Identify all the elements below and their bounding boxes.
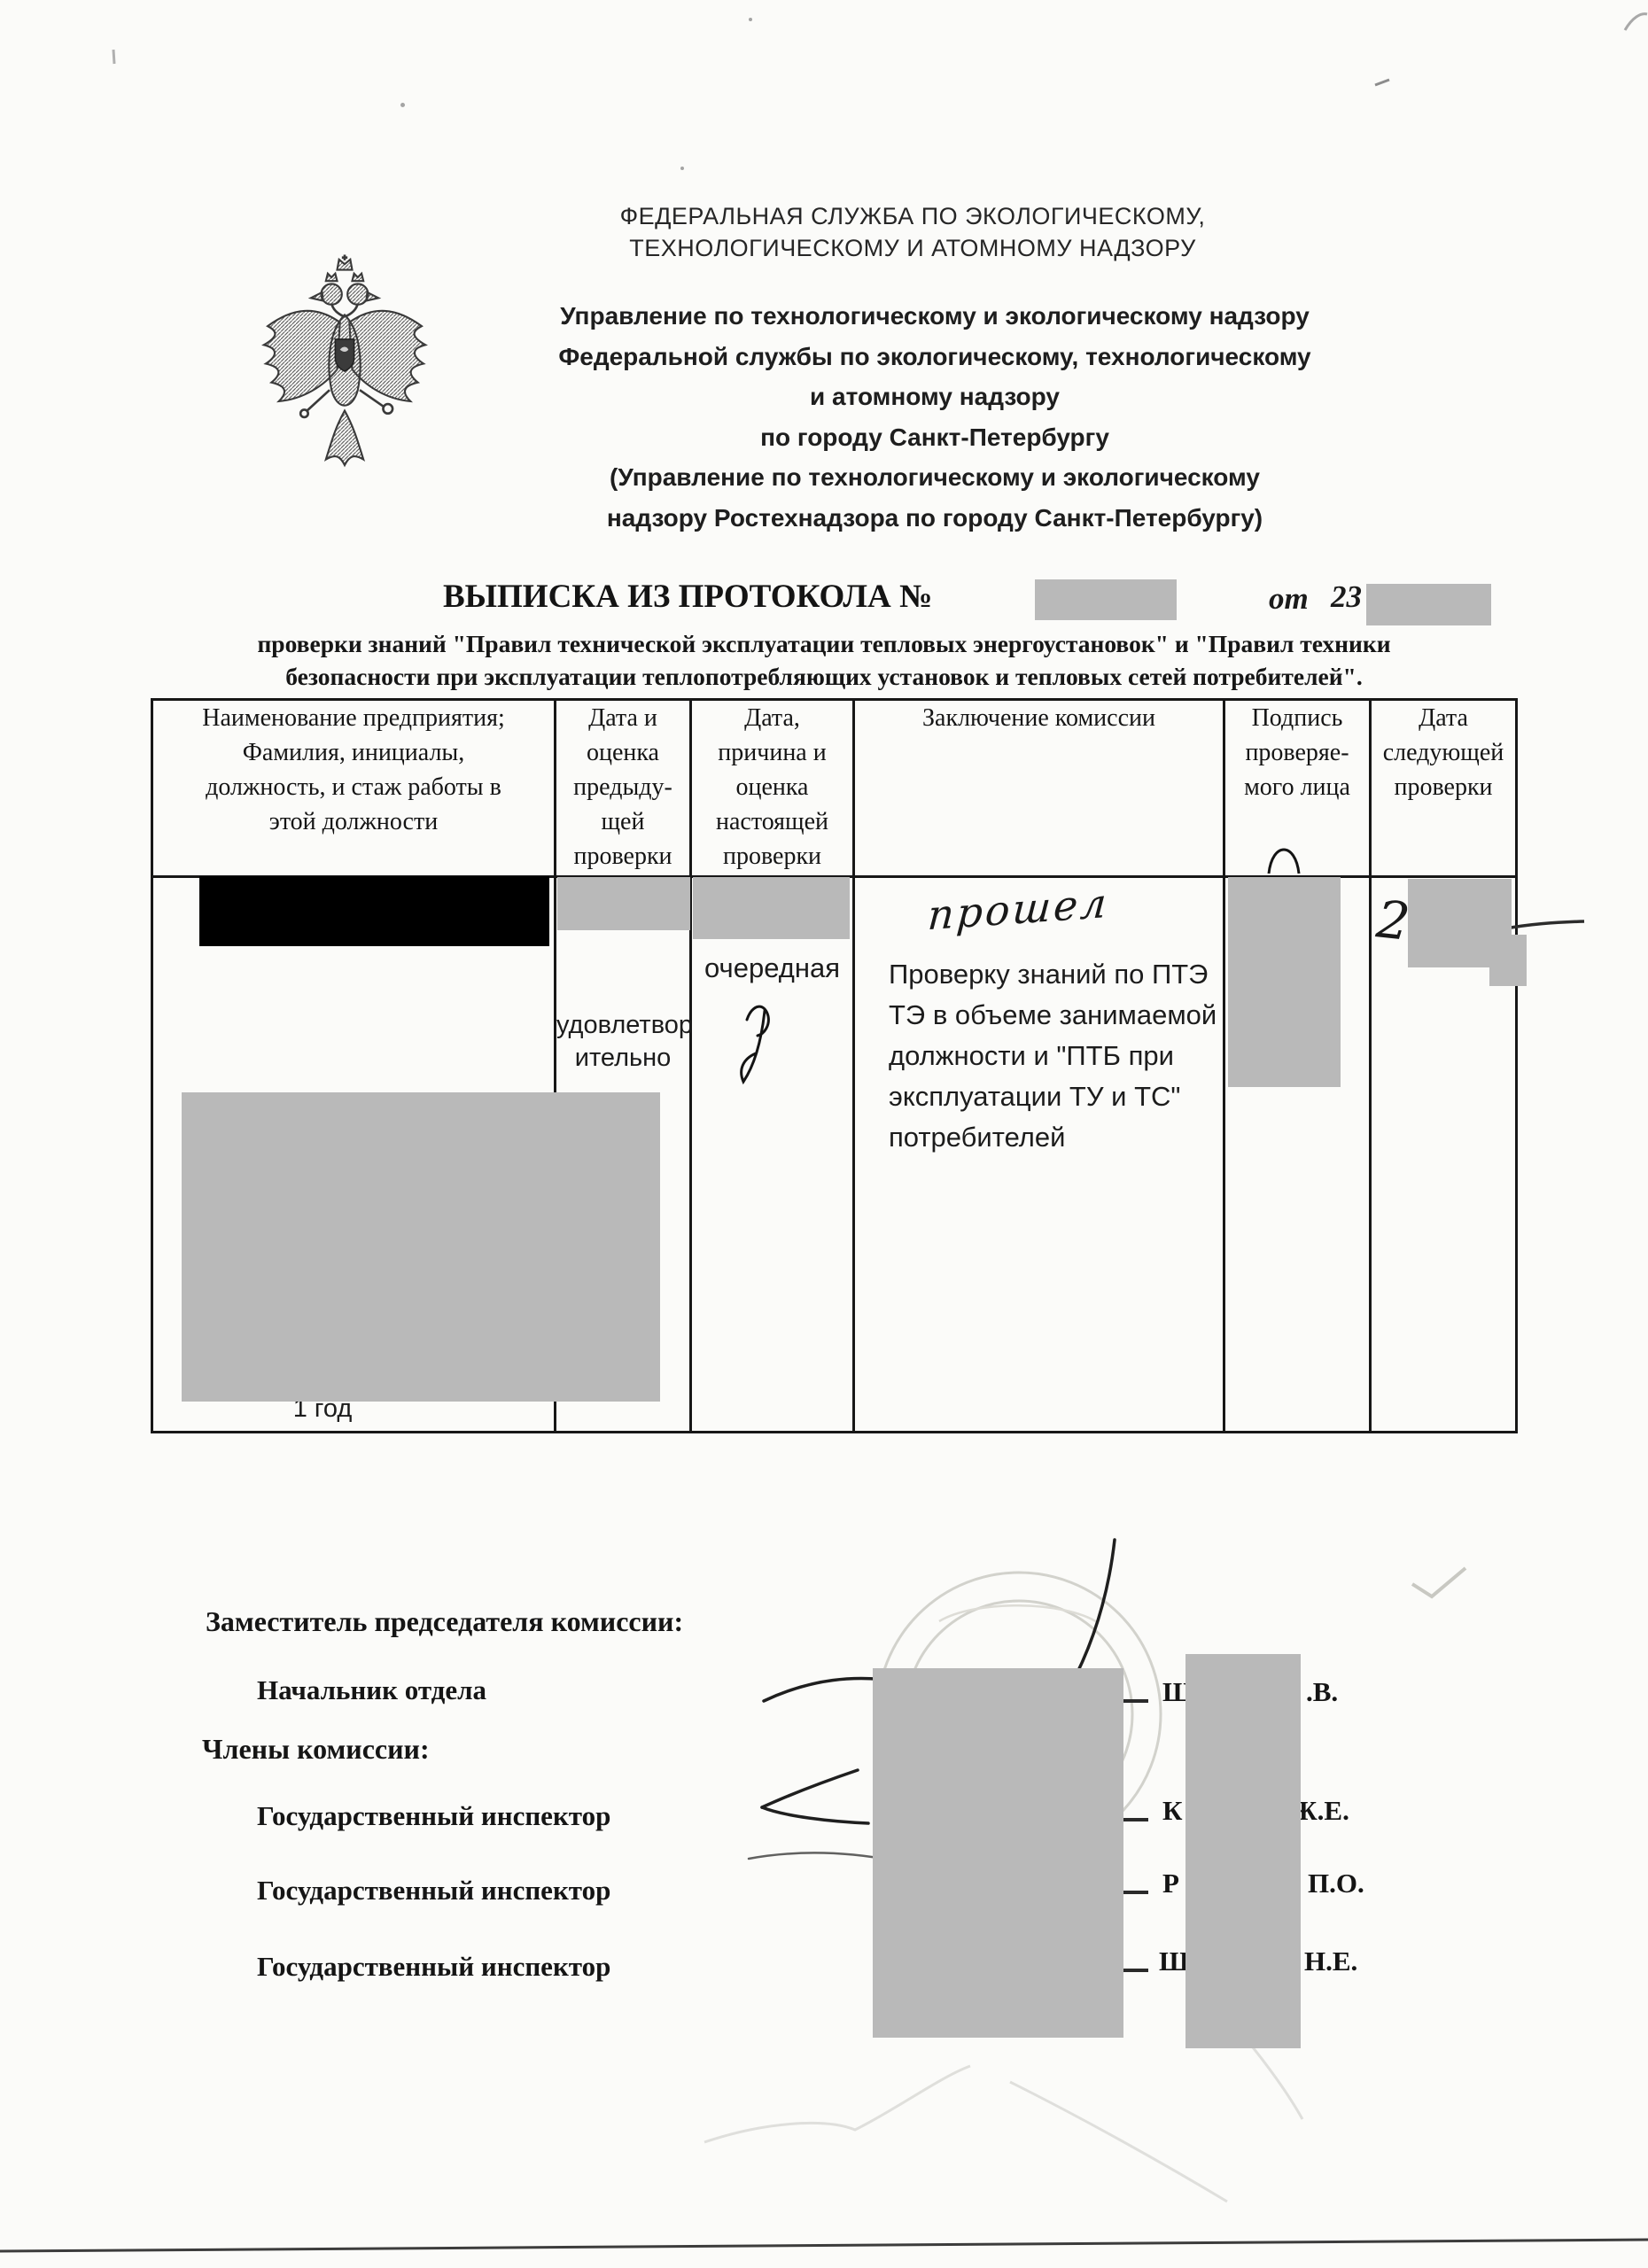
redacted-current-date (693, 877, 850, 939)
redacted-protocol-number (1035, 579, 1177, 620)
document-subtitle: проверки знаний "Правил технической эксп… (115, 627, 1533, 693)
state-inspector-label-3: Государственный инспектор (257, 1951, 610, 1983)
col-header-commission-conclusion: Заключение комиссии (854, 700, 1224, 877)
faint-pencil-notes (704, 2038, 1302, 2202)
cell-current-check: очередная (691, 877, 854, 1433)
scan-edge-line (0, 2240, 1648, 2251)
scan-speck (749, 18, 752, 21)
state-inspector-label-1: Государственный инспектор (257, 1800, 610, 1832)
redacted-signature (1228, 877, 1341, 1087)
deputy-chair-label: Заместитель председателя комиссии: (206, 1605, 683, 1638)
faint-checkmark (1412, 1568, 1465, 1596)
name-initials-3: П.О. (1308, 1868, 1364, 1899)
redacted-enterprise-name (199, 876, 549, 946)
handwritten-initial-mark (735, 995, 797, 1092)
redacted-surnames-block (1185, 1654, 1301, 2048)
redacted-previous-date (557, 877, 690, 930)
name-prefix-3: Р (1162, 1868, 1179, 1899)
name-initials-1: .В. (1306, 1676, 1338, 1708)
redacted-signatures-block (873, 1668, 1123, 2038)
name-prefix-2: К (1162, 1795, 1182, 1827)
date-from-word: от (1269, 581, 1309, 617)
col-header-signature: Подпись проверяе- мого лица (1224, 700, 1371, 877)
scanned-document-page: ФЕДЕРАЛЬНАЯ СЛУЖБА ПО ЭКОЛОГИЧЕСКОМУ, ТЕ… (0, 0, 1648, 2268)
cell-conclusion: прошел Проверку знаний по ПТЭ ТЭ в объем… (854, 877, 1224, 1433)
state-inspector-label-2: Государственный инспектор (257, 1875, 610, 1907)
head-of-department-label: Начальник отдела (257, 1674, 486, 1706)
table-header-row: Наименование предприятия; Фамилия, иници… (152, 700, 1517, 877)
date-day: 23 (1331, 579, 1362, 615)
col-header-enterprise: Наименование предприятия; Фамилия, иници… (152, 700, 556, 877)
name-prefix-4: Ш (1159, 1946, 1189, 1977)
current-check-reason: очередная (692, 952, 852, 984)
redacted-next-date-overflow (1489, 935, 1527, 986)
scan-speck (400, 103, 405, 107)
scan-speck (680, 167, 684, 170)
document-title: ВЫПИСКА ИЗ ПРОТОКОЛА № (443, 578, 932, 616)
agency-name: ФЕДЕРАЛЬНАЯ СЛУЖБА ПО ЭКОЛОГИЧЕСКОМУ, ТЕ… (470, 200, 1356, 264)
handwritten-passed-note: прошел (926, 879, 1110, 940)
commission-conclusion-text: Проверку знаний по ПТЭ ТЭ в объеме заним… (889, 954, 1218, 1158)
name-initials-4: Н.Е. (1304, 1946, 1357, 1977)
coat-of-arms-eagle-icon (251, 248, 439, 494)
redacted-date (1366, 584, 1491, 625)
redacted-personal-details (182, 1092, 660, 1402)
commission-members-label: Члены комиссии: (202, 1733, 430, 1766)
col-header-current-check: Дата, причина и оценка настоящей проверк… (691, 700, 854, 877)
col-header-previous-check: Дата и оценка предыду- щей проверки (556, 700, 691, 877)
department-name: Управление по технологическому и экологи… (478, 296, 1391, 538)
handwritten-year-digit: 2 (1374, 889, 1413, 951)
previous-check-result: удовлетвор ительно (556, 1009, 689, 1075)
col-header-next-check-date: Дата следующей проверки (1371, 700, 1517, 877)
